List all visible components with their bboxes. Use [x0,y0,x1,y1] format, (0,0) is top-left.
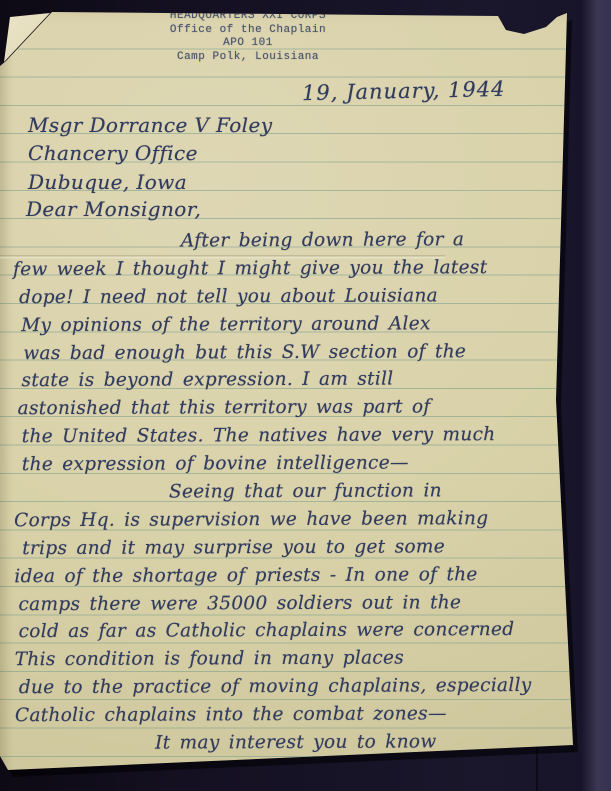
body-line: the United States. The natives have very… [22,421,559,451]
letter-paper: HEADQUARTERS XXI CORPS Office of the Cha… [0,0,611,791]
paragraph: After being down here for a few week I t… [13,226,559,479]
body-line: idea of the shortage of priests - In one… [14,560,559,590]
letter-body: After being down here for a few week I t… [13,226,560,758]
date-line: 19, January, 1944 [302,77,506,105]
body-line: was bad enough but this S.W section of t… [23,337,558,367]
recipient-name: Msgr Dorrance V Foley [28,111,272,139]
body-line: the expression of bovine intelligence— [22,449,559,479]
letterhead-line: APO 101 [148,37,348,51]
scanner-bed-edge [581,0,611,791]
body-line: dope! I need not tell you about Louisian… [19,282,558,312]
body-line: Catholic chaplains into the combat zones… [15,700,560,730]
letterhead-stamp: HEADQUARTERS XXI CORPS Office of the Cha… [148,10,348,64]
salutation: Dear Monsignor, [26,197,201,221]
body-line: astonished that this territory was part … [18,393,559,423]
body-line: cold as far as Catholic chaplains were c… [19,616,560,646]
body-line: Seeing that our function in [169,477,559,507]
letterhead-line: Camp Polk, Louisiana [148,51,348,65]
body-line: After being down here for a [181,226,558,256]
recipient-office: Chancery Office [28,139,272,167]
recipient-city: Dubuque, Iowa [28,168,272,196]
body-line: trips and it may surprise you to get som… [22,533,559,563]
paragraph: Seeing that our function in Corps Hq. is… [14,477,560,730]
letterhead-line: HEADQUARTERS XXI CORPS [148,10,348,24]
body-line: Corps Hq. is supervision we have been ma… [14,505,559,535]
body-line: due to the practice of moving chaplains,… [19,672,560,702]
letterhead-line: Office of the Chaplain [148,24,348,38]
body-line: camps there were 35000 soldiers out in t… [18,588,559,618]
body-line: My opinions of the territory around Alex [21,309,558,339]
body-line: This condition is found in many places [15,644,560,674]
body-line: state is beyond expression. I am still [21,365,558,395]
scanned-letter-page: HEADQUARTERS XXI CORPS Office of the Cha… [0,0,611,791]
recipient-address: Msgr Dorrance V Foley Chancery Office Du… [28,111,272,196]
body-line: few week I thought I might give you the … [13,254,558,284]
